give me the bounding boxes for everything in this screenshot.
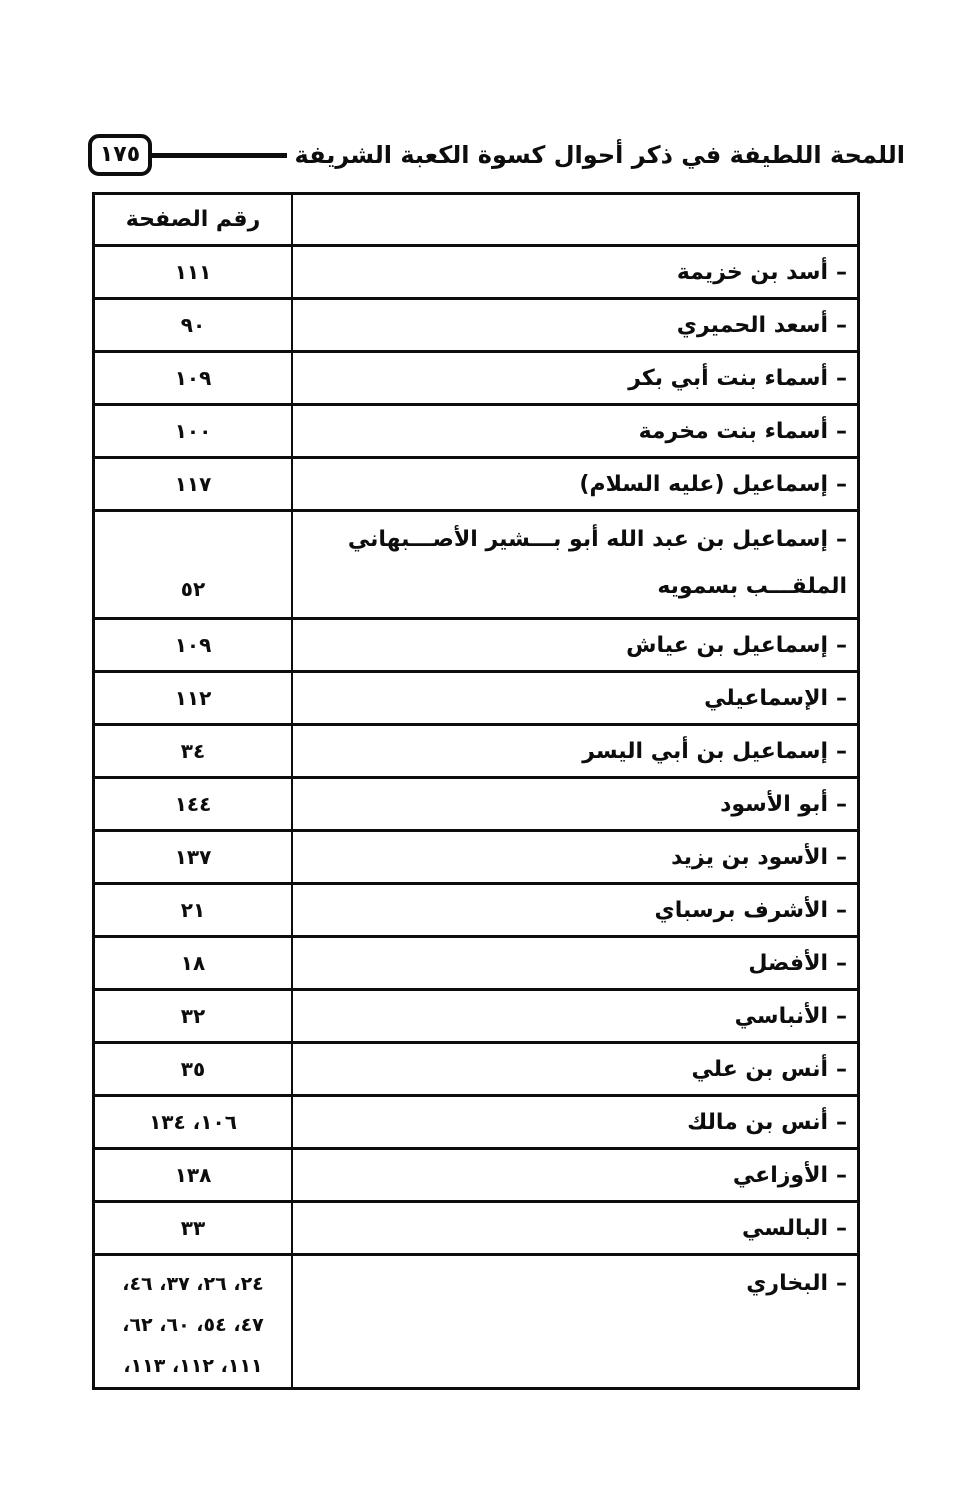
index-entry: –البالسي bbox=[299, 1203, 847, 1253]
index-row: ١٠٦، ١٣٤ –أنس بن مالك bbox=[95, 1097, 857, 1150]
entry-dash: – bbox=[836, 951, 847, 976]
entry-name: إسماعيل بن أبي اليسر bbox=[582, 739, 828, 764]
book-title: اللمحة اللطيفة في ذكر أحوال كسوة الكعبة … bbox=[287, 141, 905, 169]
entry-name: أسماء بنت مخرمة bbox=[639, 419, 828, 444]
entry-dash: – bbox=[836, 1057, 847, 1082]
entry-page-number: ١٠٩ bbox=[95, 353, 293, 403]
index-entry: –إسماعيل بن عبد الله أبو بـــشير الأصـــ… bbox=[299, 512, 847, 617]
entry-name: الأوزاعي bbox=[733, 1163, 828, 1188]
entry-name: الإسماعيلي bbox=[704, 686, 828, 711]
entry-page-number: ٣٢ bbox=[95, 991, 293, 1041]
entry-dash: – bbox=[836, 260, 847, 285]
entry-name: أنس بن علي bbox=[691, 1057, 828, 1082]
index-row: ١١١ –أسد بن خزيمة bbox=[95, 247, 857, 300]
entry-name: أبو الأسود bbox=[720, 792, 828, 817]
entry-dash: – bbox=[836, 527, 847, 552]
header-rule bbox=[152, 153, 287, 158]
index-row: ٩٠ –أسعد الحميري bbox=[95, 300, 857, 353]
index-row: ١٣٧ –الأسود بن يزيد bbox=[95, 832, 857, 885]
entries-column-header bbox=[293, 195, 857, 244]
index-row: ٢٤، ٢٦، ٣٧، ٤٦، ٤٧، ٥٤، ٦٠، ٦٢، ١١١، ١١٢… bbox=[95, 1256, 857, 1387]
entry-dash: – bbox=[836, 1004, 847, 1029]
index-entry: –إسماعيل (عليه السلام) bbox=[299, 459, 847, 509]
index-row: ١٤٤ –أبو الأسود bbox=[95, 779, 857, 832]
index-row: ١٠٠ –أسماء بنت مخرمة bbox=[95, 406, 857, 459]
entry-dash: – bbox=[836, 1110, 847, 1135]
entry-page-number: ١٨ bbox=[95, 938, 293, 988]
index-entry: –أنس بن علي bbox=[299, 1044, 847, 1094]
entry-dash: – bbox=[836, 898, 847, 923]
index-entry: –البخاري bbox=[299, 1264, 847, 1308]
index-row: ٣٥ –أنس بن علي bbox=[95, 1044, 857, 1097]
table-header-row: رقم الصفحة bbox=[95, 195, 857, 247]
index-entry: –أبو الأسود bbox=[299, 779, 847, 829]
entry-dash: – bbox=[836, 633, 847, 658]
entry-dash: – bbox=[836, 686, 847, 711]
entry-page-number: ١٣٨ bbox=[95, 1150, 293, 1200]
entry-dash: – bbox=[836, 1271, 847, 1296]
entry-name: الأسود بن يزيد bbox=[671, 845, 828, 870]
entry-dash: – bbox=[836, 1163, 847, 1188]
page-header: ١٧٥ اللمحة اللطيفة في ذكر أحوال كسوة الك… bbox=[88, 131, 905, 179]
entry-dash: – bbox=[836, 366, 847, 391]
index-row: ٣٤ –إسماعيل بن أبي اليسر bbox=[95, 726, 857, 779]
entry-page-number: ٩٠ bbox=[95, 300, 293, 350]
entry-page-number: ١٠٩ bbox=[95, 620, 293, 670]
entry-name: إسماعيل بن عياش bbox=[626, 633, 828, 658]
page-number-badge: ١٧٥ bbox=[88, 134, 152, 176]
entry-name: أسد بن خزيمة bbox=[677, 260, 828, 285]
entry-page-number: ٣٤ bbox=[95, 726, 293, 776]
page-column-header: رقم الصفحة bbox=[95, 195, 293, 244]
index-entry: –أسد بن خزيمة bbox=[299, 247, 847, 297]
index-row: ٥٢ –إسماعيل بن عبد الله أبو بـــشير الأص… bbox=[95, 512, 857, 620]
index-row: ٣٣ –البالسي bbox=[95, 1203, 857, 1256]
entry-page-number: ٣٥ bbox=[95, 1044, 293, 1094]
entry-page-number: ١١٧ bbox=[95, 459, 293, 509]
index-row: ١٣٨ –الأوزاعي bbox=[95, 1150, 857, 1203]
entry-dash: – bbox=[836, 472, 847, 497]
index-entry: –أنس بن مالك bbox=[299, 1097, 847, 1147]
index-entry: –أسماء بنت مخرمة bbox=[299, 406, 847, 456]
index-row: ١٠٩ –إسماعيل بن عياش bbox=[95, 620, 857, 673]
page-number: ١٧٥ bbox=[100, 144, 140, 166]
entry-page-number: ١١٢ bbox=[95, 673, 293, 723]
index-entry: –الأوزاعي bbox=[299, 1150, 847, 1200]
index-row: ١١٧ –إسماعيل (عليه السلام) bbox=[95, 459, 857, 512]
entry-page-number: ١٤٤ bbox=[95, 779, 293, 829]
entry-name: الأفضل bbox=[748, 951, 828, 976]
entry-name: أنس بن مالك bbox=[687, 1110, 828, 1135]
entry-name: الأنباسي bbox=[735, 1004, 828, 1029]
entry-dash: – bbox=[836, 419, 847, 444]
index-entry: –الأشرف برسباي bbox=[299, 885, 847, 935]
entry-name: أسعد الحميري bbox=[677, 313, 828, 338]
entry-page-number: ١٣٧ bbox=[95, 832, 293, 882]
entry-page-number: ٢١ bbox=[95, 885, 293, 935]
index-entry: –الأسود بن يزيد bbox=[299, 832, 847, 882]
index-row: ٣٢ –الأنباسي bbox=[95, 991, 857, 1044]
entry-page-number: ١٠٠ bbox=[95, 406, 293, 456]
index-entry: –الأنباسي bbox=[299, 991, 847, 1041]
index-entry: –أسعد الحميري bbox=[299, 300, 847, 350]
entry-dash: – bbox=[836, 845, 847, 870]
entry-page-number: ١١١ bbox=[95, 247, 293, 297]
index-entry: –الأفضل bbox=[299, 938, 847, 988]
index-row: ١٨ –الأفضل bbox=[95, 938, 857, 991]
index-row: ٢١ –الأشرف برسباي bbox=[95, 885, 857, 938]
entry-name: إسماعيل (عليه السلام) bbox=[579, 472, 828, 497]
index-row: ١٠٩ –أسماء بنت أبي بكر bbox=[95, 353, 857, 406]
entry-name: البالسي bbox=[742, 1216, 828, 1241]
entry-dash: – bbox=[836, 792, 847, 817]
entry-page-number: ٣٣ bbox=[95, 1203, 293, 1253]
index-row: ١١٢ –الإسماعيلي bbox=[95, 673, 857, 726]
book-page: ١٧٥ اللمحة اللطيفة في ذكر أحوال كسوة الك… bbox=[0, 0, 980, 1494]
entry-page-number: ٢٤، ٢٦، ٣٧، ٤٦، ٤٧، ٥٤، ٦٠، ٦٢، ١١١، ١١٢… bbox=[112, 1264, 274, 1387]
entry-name: أسماء بنت أبي بكر bbox=[628, 366, 828, 391]
entry-page-number: ١٠٦، ١٣٤ bbox=[95, 1097, 293, 1147]
index-table: رقم الصفحة ١١١ –أسد بن خزيمة ٩٠ –أسعد ال… bbox=[92, 192, 860, 1390]
entry-name: إسماعيل بن عبد الله أبو بـــشير الأصـــب… bbox=[348, 527, 847, 599]
index-entry: –إسماعيل بن أبي اليسر bbox=[299, 726, 847, 776]
index-entry: –الإسماعيلي bbox=[299, 673, 847, 723]
entry-dash: – bbox=[836, 739, 847, 764]
index-entry: –إسماعيل بن عياش bbox=[299, 620, 847, 670]
entry-dash: – bbox=[836, 313, 847, 338]
index-entry: –أسماء بنت أبي بكر bbox=[299, 353, 847, 403]
entry-page-number: ٥٢ bbox=[95, 512, 293, 617]
entry-name: الأشرف برسباي bbox=[655, 898, 828, 923]
entry-name: البخاري bbox=[746, 1271, 828, 1296]
entry-dash: – bbox=[836, 1216, 847, 1241]
